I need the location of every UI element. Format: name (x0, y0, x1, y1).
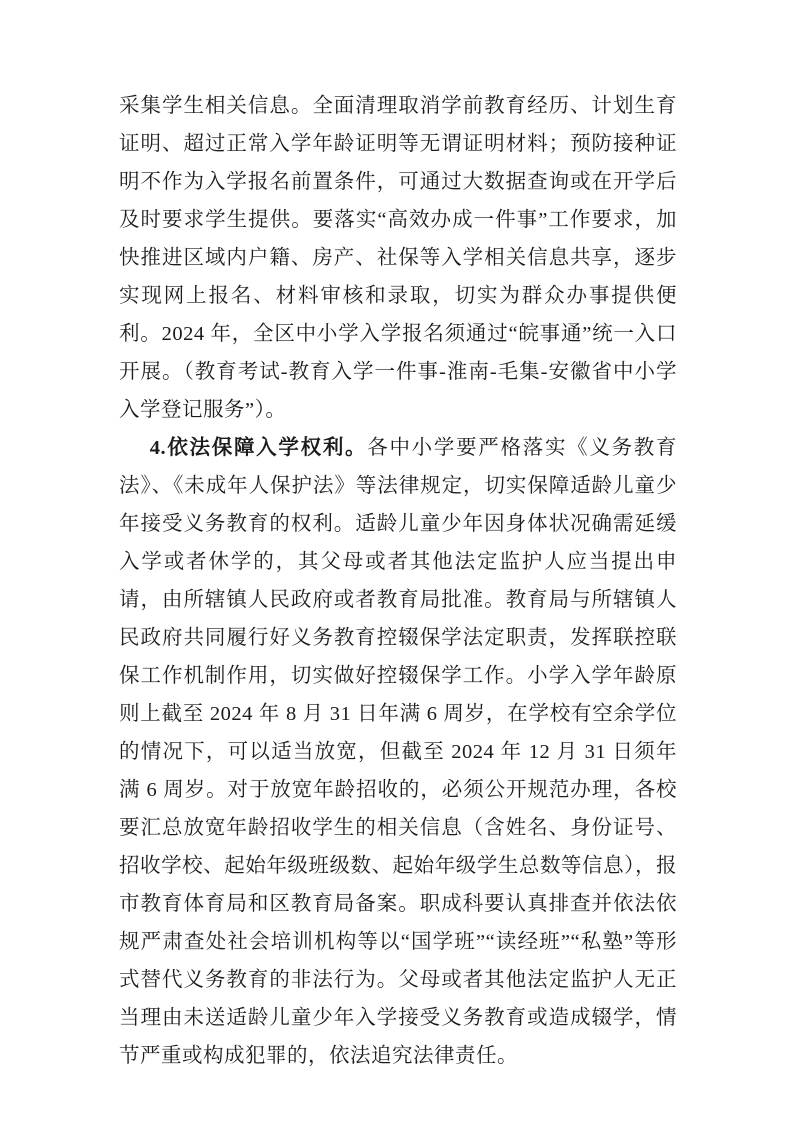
document-body: 采集学生相关信息。全面清理取消学前教育经历、计划生育证明、超过正常入学年龄证明等… (119, 87, 677, 1075)
paragraph-text-run: 采集学生相关信息。全面清理取消学前教育经历、计划生育证明、超过正常入学年龄证明等… (119, 95, 677, 421)
document-page: 采集学生相关信息。全面清理取消学前教育经历、计划生育证明、超过正常入学年龄证明等… (0, 0, 793, 1122)
paragraph-text-run: 各中小学要严格落实《义务教育法》、《未成年人保护法》等法律规定，切实保障适龄儿童… (119, 437, 677, 1067)
paragraph: 4.依法保障入学权利。各中小学要严格落实《义务教育法》、《未成年人保护法》等法律… (119, 429, 677, 1075)
paragraph-heading-run: 4.依法保障入学权利。 (150, 437, 368, 459)
paragraph: 采集学生相关信息。全面清理取消学前教育经历、计划生育证明、超过正常入学年龄证明等… (119, 87, 677, 429)
